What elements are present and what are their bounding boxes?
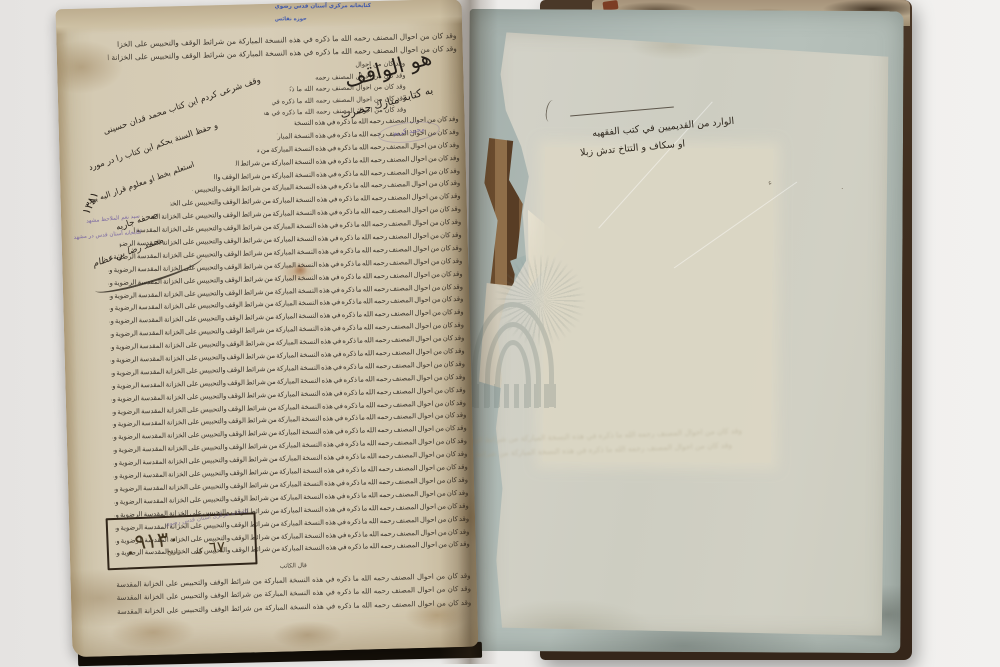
library-stamp-line2: حوزه نفائس bbox=[275, 16, 307, 22]
photo-backdrop: الوارد من القديميين في كتب الفقهيه او سك… bbox=[0, 0, 1000, 667]
accession-code-label: كد bbox=[195, 546, 203, 555]
gutter-shadow bbox=[440, 0, 498, 664]
library-stamp-line1: كتابخانه مركزي آستان قدس رضوي bbox=[275, 3, 371, 10]
section-mark: قال الكاتب bbox=[263, 560, 323, 573]
accession-stamp-box: كتابخانه مركزى آستان قدس رضوى ۹۱۳۰ تاريخ… bbox=[106, 512, 258, 570]
tiny-ink-dot: . bbox=[841, 182, 844, 191]
manuscript-left-page: كتابخانه مركزي آستان قدس رضوي حوزه نفائس… bbox=[56, 0, 479, 657]
page-worn-top-edge bbox=[56, 0, 463, 34]
ink-dot bbox=[129, 551, 132, 554]
accession-date-label: تاريخ bbox=[167, 547, 180, 556]
date-note: ۱۳۸۱ bbox=[80, 190, 102, 217]
accession-code-value: ٦٧ bbox=[208, 538, 225, 557]
